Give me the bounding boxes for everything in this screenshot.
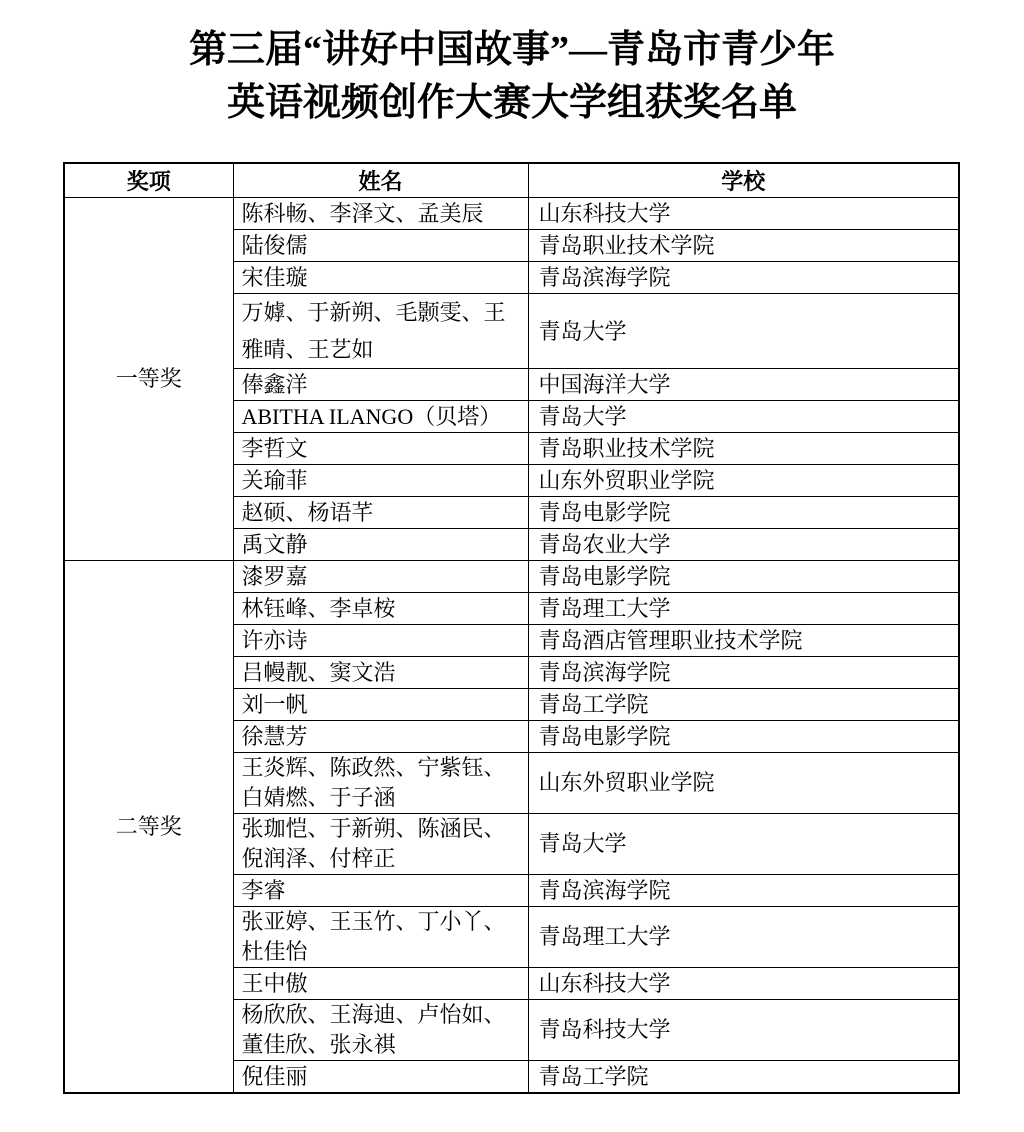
names-cell: 漆罗嘉 <box>233 561 528 593</box>
school-cell: 青岛职业技术学院 <box>528 433 959 465</box>
names-cell: ABITHA ILANGO（贝塔） <box>233 401 528 433</box>
school-cell: 山东科技大学 <box>528 968 959 1000</box>
school-cell: 青岛滨海学院 <box>528 875 959 907</box>
school-cell: 青岛科技大学 <box>528 1000 959 1061</box>
names-cell: 禹文静 <box>233 529 528 561</box>
school-cell: 青岛电影学院 <box>528 497 959 529</box>
school-cell: 青岛滨海学院 <box>528 657 959 689</box>
school-cell: 青岛工学院 <box>528 689 959 721</box>
school-cell: 青岛电影学院 <box>528 561 959 593</box>
awards-table: 奖项 姓名 学校 一等奖 陈科畅、李泽文、孟美辰 山东科技大学 陆俊儒 青岛职业… <box>63 162 960 1094</box>
names-cell: 王炎辉、陈政然、宁紫钰、白婧燃、于子涵 <box>233 753 528 814</box>
award-cell-first-prize: 一等奖 <box>64 198 233 561</box>
names-cell: 万嫭、于新朔、毛颢雯、王雅晴、王艺如 <box>233 294 528 369</box>
names-cell: 李哲文 <box>233 433 528 465</box>
school-cell: 山东科技大学 <box>528 198 959 230</box>
school-cell: 青岛工学院 <box>528 1061 959 1094</box>
school-cell: 青岛理工大学 <box>528 593 959 625</box>
school-cell: 青岛理工大学 <box>528 907 959 968</box>
names-cell: 张亚婷、王玉竹、丁小丫、杜佳怡 <box>233 907 528 968</box>
document-page: 第三届“讲好中国故事”—青岛市青少年 英语视频创作大赛大学组获奖名单 奖项 姓名… <box>0 0 1024 1132</box>
school-cell: 青岛大学 <box>528 294 959 369</box>
names-cell: 陈科畅、李泽文、孟美辰 <box>233 198 528 230</box>
names-cell: 林钰峰、李卓桉 <box>233 593 528 625</box>
header-row: 奖项 姓名 学校 <box>64 163 959 198</box>
names-cell: 倪佳丽 <box>233 1061 528 1094</box>
award-cell-second-prize: 二等奖 <box>64 561 233 1094</box>
table-row: 二等奖 漆罗嘉 青岛电影学院 <box>64 561 959 593</box>
page-title: 第三届“讲好中国故事”—青岛市青少年 英语视频创作大赛大学组获奖名单 <box>0 24 1024 130</box>
names-cell: 杨欣欣、王海迪、卢怡如、董佳欣、张永祺 <box>233 1000 528 1061</box>
school-cell: 青岛大学 <box>528 401 959 433</box>
names-cell: 陆俊儒 <box>233 230 528 262</box>
names-cell: 刘一帆 <box>233 689 528 721</box>
school-cell: 山东外贸职业学院 <box>528 465 959 497</box>
names-cell: 李睿 <box>233 875 528 907</box>
names-cell: 王中傲 <box>233 968 528 1000</box>
school-cell: 青岛大学 <box>528 814 959 875</box>
title-line-1: 第三届“讲好中国故事”—青岛市青少年 <box>0 24 1024 77</box>
title-line-2: 英语视频创作大赛大学组获奖名单 <box>0 77 1024 130</box>
school-cell: 青岛酒店管理职业技术学院 <box>528 625 959 657</box>
school-cell: 青岛农业大学 <box>528 529 959 561</box>
names-cell: 赵硕、杨语芊 <box>233 497 528 529</box>
names-cell: 吕幔靓、窦文浩 <box>233 657 528 689</box>
names-cell: 俸鑫洋 <box>233 369 528 401</box>
names-cell: 张珈恺、于新朔、陈涵民、倪润泽、付梓正 <box>233 814 528 875</box>
names-cell: 关瑜菲 <box>233 465 528 497</box>
table-row: 一等奖 陈科畅、李泽文、孟美辰 山东科技大学 <box>64 198 959 230</box>
school-cell: 青岛职业技术学院 <box>528 230 959 262</box>
school-cell: 青岛电影学院 <box>528 721 959 753</box>
school-cell: 青岛滨海学院 <box>528 262 959 294</box>
school-cell: 山东外贸职业学院 <box>528 753 959 814</box>
names-cell: 徐慧芳 <box>233 721 528 753</box>
names-cell: 许亦诗 <box>233 625 528 657</box>
column-header-school: 学校 <box>528 163 959 198</box>
school-cell: 中国海洋大学 <box>528 369 959 401</box>
column-header-names: 姓名 <box>233 163 528 198</box>
column-header-award: 奖项 <box>64 163 233 198</box>
names-cell: 宋佳璇 <box>233 262 528 294</box>
